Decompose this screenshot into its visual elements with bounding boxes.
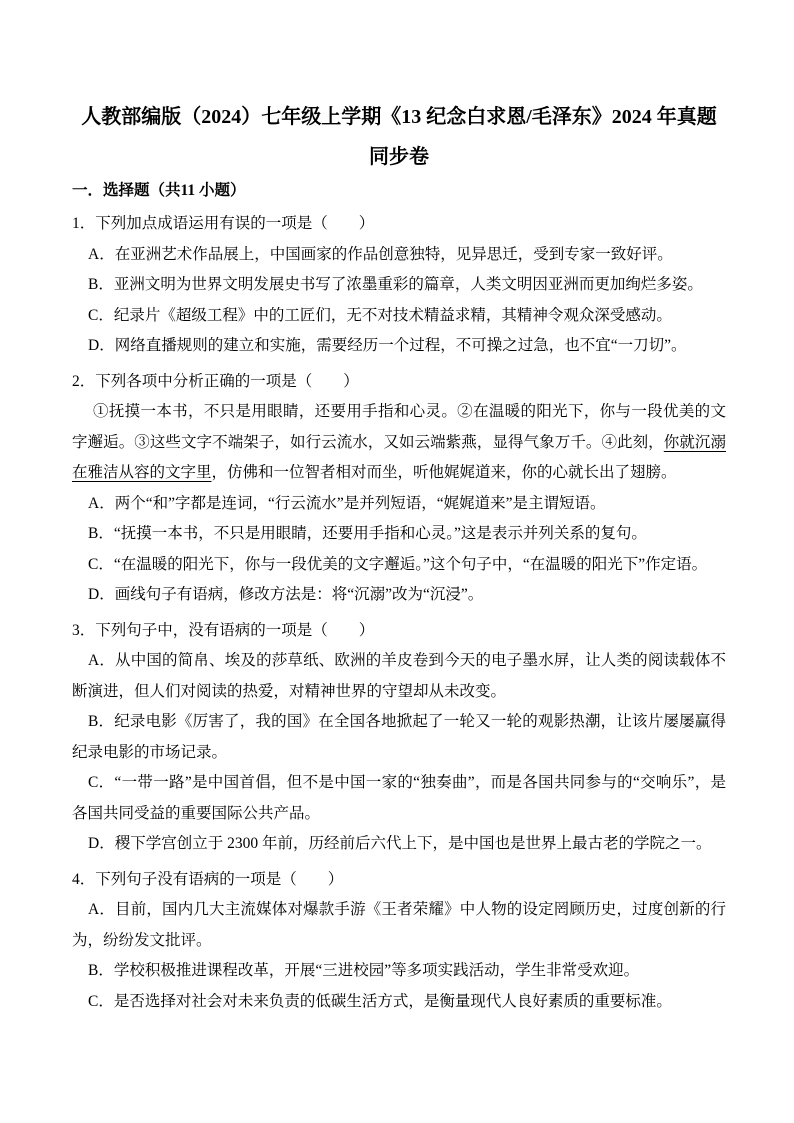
question-1-option-d: D．网络直播规则的建立和实施，需要经历一个过程，不可操之过急，也不宜“一刀切”。 bbox=[72, 331, 726, 362]
text-segment: ，仿佛和一位智者相对而坐，听他娓娓道来，你的心就长出了翅膀。 bbox=[212, 464, 677, 481]
question-2-option-d: D．画线句子有语病，修改方法是：将“沉溺”改为“沉浸”。 bbox=[72, 580, 726, 611]
question-4-option-c: C．是否选择对社会对未来负责的低碳生活方式，是衡量现代人良好素质的重要标准。 bbox=[72, 987, 726, 1018]
question-2-stem: 2．下列各项中分析正确的一项是（ ） bbox=[72, 367, 726, 398]
document-title: 人教部编版（2024）七年级上学期《13 纪念白求恩/毛泽东》2024 年真题 … bbox=[72, 97, 726, 177]
question-3-option-b: B．纪录电影《厉害了，我的国》在全国各地掀起了一轮又一轮的观影热潮，让该片屡屡赢… bbox=[72, 707, 726, 768]
question-2-option-b: B．“抚摸一本书，不只是用眼睛，还要用手指和心灵。”这是表示并列关系的复句。 bbox=[72, 519, 726, 550]
question-3-stem: 3．下列句子中，没有语病的一项是（ ） bbox=[72, 616, 726, 647]
question-4-option-a: A．目前，国内几大主流媒体对爆款手游《王者荣耀》中人物的设定罔顾历史，过度创新的… bbox=[72, 895, 726, 956]
question-2-option-a: A．两个“和”字都是连词，“行云流水”是并列短语，“娓娓道来”是主谓短语。 bbox=[72, 489, 726, 520]
document-title-line2: 同步卷 bbox=[72, 137, 726, 177]
document-content: 人教部编版（2024）七年级上学期《13 纪念白求恩/毛泽东》2024 年真题 … bbox=[72, 97, 726, 1017]
text-segment: ①抚摸一本书，不只是用眼睛，还要用手指和心灵。②在温暖的阳光下，你与一段优美的文… bbox=[72, 403, 726, 451]
question-1-option-a: A．在亚洲艺术作品展上，中国画家的作品创意独特，见异思迁，受到专家一致好评。 bbox=[72, 240, 726, 271]
section-heading: 一．选择题（共11 小题） bbox=[72, 177, 726, 204]
question-2-option-c: C．“在温暖的阳光下，你与一段优美的文字邂逅。”这个句子中，“在温暖的阳光下”作… bbox=[72, 550, 726, 581]
question-2-passage: ①抚摸一本书，不只是用眼睛，还要用手指和心灵。②在温暖的阳光下，你与一段优美的文… bbox=[72, 397, 726, 489]
document-page: 人教部编版（2024）七年级上学期《13 纪念白求恩/毛泽东》2024 年真题 … bbox=[0, 0, 794, 1123]
question-1-option-b: B．亚洲文明为世界文明发展史书写了浓墨重彩的篇章，人类文明因亚洲而更加绚烂多姿。 bbox=[72, 270, 726, 301]
question-1-option-c: C．纪录片《超级工程》中的工匠们，无不对技术精益求精，其精神令观众深受感动。 bbox=[72, 301, 726, 332]
question-3-option-c: C．“一带一路”是中国首倡，但不是中国一家的“独奏曲”，而是各国共同参与的“交响… bbox=[72, 768, 726, 829]
question-4-stem: 4．下列句子没有语病的一项是（ ） bbox=[72, 865, 726, 896]
question-3-option-a: A．从中国的简帛、埃及的莎草纸、欧洲的羊皮卷到今天的电子墨水屏，让人类的阅读载体… bbox=[72, 646, 726, 707]
document-title-line1: 人教部编版（2024）七年级上学期《13 纪念白求恩/毛泽东》2024 年真题 bbox=[72, 97, 726, 137]
question-1-stem: 1．下列加点成语运用有误的一项是（ ） bbox=[72, 209, 726, 240]
question-4-option-b: B．学校积极推进课程改革，开展“三进校园”等多项实践活动，学生非常受欢迎。 bbox=[72, 956, 726, 987]
question-3-option-d: D．稷下学宫创立于 2300 年前，历经前后六代上下，是中国也是世界上最古老的学… bbox=[72, 829, 726, 860]
